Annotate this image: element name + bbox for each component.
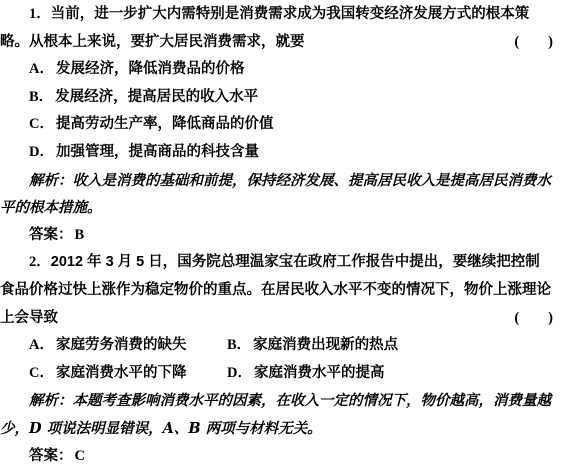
- question-2-answer: 答案：C: [0, 443, 553, 471]
- option-label: B．: [227, 337, 253, 353]
- question-1-option-c: C．提高劳动生产率，降低商品的价值: [0, 111, 553, 139]
- analysis-label: 解析：: [29, 392, 73, 409]
- exam-document-page: 1．当前，进一步扩大内需特别是消费需求成为我国转变经济发展方式的根本策略。从根本…: [0, 0, 566, 471]
- analysis-label: 解析：: [29, 172, 73, 189]
- question-2-options-row-2: C．家庭消费水平的下降D．家庭消费水平的提高: [0, 360, 553, 388]
- option-text: 提高劳动生产率，降低商品的价值: [56, 116, 274, 132]
- option-text: 家庭消费水平的下降: [56, 365, 187, 381]
- question-2-option-d: D．家庭消费水平的提高: [227, 365, 384, 381]
- question-1: 1．当前，进一步扩大内需特别是消费需求成为我国转变经济发展方式的根本策略。从根本…: [0, 1, 553, 249]
- option-label: C．: [29, 365, 56, 381]
- option-text: 家庭消费水平的提高: [254, 365, 385, 381]
- option-text: 家庭消费出现新的热点: [253, 337, 398, 353]
- option-text: 发展经济，降低消费品的价格: [56, 61, 245, 77]
- question-1-option-d: D．加强管理，提高商品的科技含量: [0, 139, 553, 167]
- question-2-stem-text: 2012 年 3 月 5 日，国务院总理温家宝在政府工作报告中提出，要继续把控制…: [0, 254, 551, 325]
- option-text: 发展经济，提高居民的收入水平: [55, 89, 258, 105]
- option-label: A．: [29, 61, 56, 77]
- question-2-stem: 2．2012 年 3 月 5 日，国务院总理温家宝在政府工作报告中提出，要继续把…: [0, 249, 553, 332]
- question-1-option-b: B．发展经济，提高居民的收入水平: [0, 84, 553, 112]
- answer-label: 答案：: [29, 448, 73, 464]
- question-2-answer-bracket: ( ): [514, 305, 553, 333]
- question-1-number: 1．: [29, 6, 51, 22]
- question-2-analysis: 解析：本题考查影响消费水平的因素，在收入一定的情况下，物价越高，消费量越少，D …: [0, 387, 553, 442]
- question-2-option-a: A．家庭劳务消费的缺失: [29, 332, 227, 360]
- option-label: C．: [29, 116, 56, 132]
- answer-value: B: [73, 227, 85, 243]
- option-text: 加强管理，提高商品的科技含量: [56, 144, 259, 160]
- question-2-options-row-1: A．家庭劳务消费的缺失B．家庭消费出现新的热点: [0, 332, 553, 360]
- analysis-text: 收入是消费的基础和前提，保持经济发展、提高居民收入是提高居民消费水平的根本措施。: [0, 172, 551, 217]
- option-label: A．: [29, 337, 56, 353]
- question-1-analysis: 解析：收入是消费的基础和前提，保持经济发展、提高居民收入是提高居民消费水平的根本…: [0, 167, 553, 222]
- question-1-answer-bracket: ( ): [514, 29, 553, 57]
- question-1-stem: 1．当前，进一步扩大内需特别是消费需求成为我国转变经济发展方式的根本策略。从根本…: [0, 1, 553, 56]
- analysis-text: 本题考查影响消费水平的因素，在收入一定的情况下，物价越高，消费量越少，D 项说法…: [0, 392, 551, 437]
- answer-label: 答案：: [29, 227, 73, 243]
- option-label: B．: [29, 89, 55, 105]
- question-2-number: 2．: [29, 254, 51, 270]
- question-2-option-b: B．家庭消费出现新的热点: [227, 337, 398, 353]
- question-1-answer: 答案：B: [0, 222, 553, 250]
- option-label: D．: [29, 144, 56, 160]
- question-1-option-a: A．发展经济，降低消费品的价格: [0, 56, 553, 84]
- question-2-option-c: C．家庭消费水平的下降: [29, 360, 227, 388]
- question-1-stem-text: 当前，进一步扩大内需特别是消费需求成为我国转变经济发展方式的根本策略。从根本上来…: [0, 6, 529, 50]
- option-text: 家庭劳务消费的缺失: [56, 337, 187, 353]
- answer-value: C: [73, 448, 85, 464]
- question-2: 2．2012 年 3 月 5 日，国务院总理温家宝在政府工作报告中提出，要继续把…: [0, 249, 553, 470]
- option-label: D．: [227, 365, 254, 381]
